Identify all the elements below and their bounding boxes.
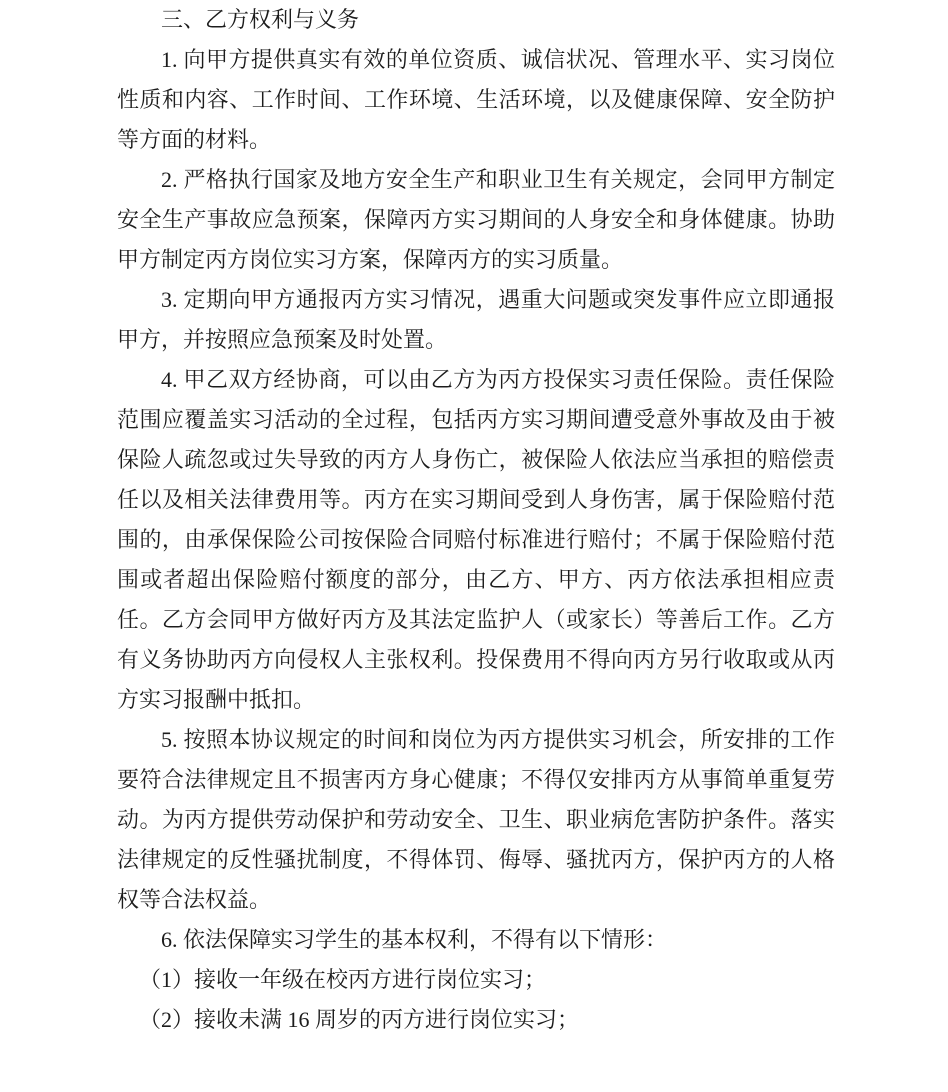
paragraph-clause-3: 3. 定期向甲方通报丙方实习情况，遇重大问题或突发事件应立即通报甲方，并按照应急… bbox=[117, 280, 835, 360]
contract-section-body: 三、乙方权利与义务 1. 向甲方提供真实有效的单位资质、诚信状况、管理水平、实习… bbox=[117, 0, 835, 1040]
paragraph-clause-6-item-1: （1）接收一年级在校丙方进行岗位实习； bbox=[117, 960, 835, 1000]
paragraph-clause-5: 5. 按照本协议规定的时间和岗位为丙方提供实习机会，所安排的工作要符合法律规定且… bbox=[117, 720, 835, 920]
paragraph-clause-6: 6. 依法保障实习学生的基本权利，不得有以下情形： bbox=[117, 920, 835, 960]
paragraph-list: 1. 向甲方提供真实有效的单位资质、诚信状况、管理水平、实习岗位性质和内容、工作… bbox=[117, 40, 835, 1040]
paragraph-clause-6-item-2: （2）接收未满 16 周岁的丙方进行岗位实习； bbox=[117, 1000, 835, 1040]
paragraph-clause-2: 2. 严格执行国家及地方安全生产和职业卫生有关规定，会同甲方制定安全生产事故应急… bbox=[117, 160, 835, 280]
document-page: 三、乙方权利与义务 1. 向甲方提供真实有效的单位资质、诚信状况、管理水平、实习… bbox=[0, 0, 948, 1092]
paragraph-clause-4: 4. 甲乙双方经协商，可以由乙方为丙方投保实习责任保险。责任保险范围应覆盖实习活… bbox=[117, 360, 835, 720]
paragraph-clause-1: 1. 向甲方提供真实有效的单位资质、诚信状况、管理水平、实习岗位性质和内容、工作… bbox=[117, 40, 835, 160]
section-heading: 三、乙方权利与义务 bbox=[117, 0, 835, 40]
